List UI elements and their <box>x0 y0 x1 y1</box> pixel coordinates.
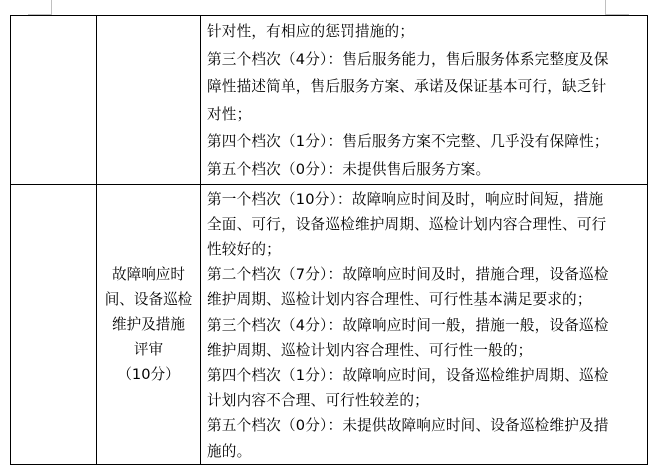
description-line: 全面、可行，设备巡检维护周期、巡检计划内容合理性、可行 <box>207 212 643 237</box>
scoring-description-cell: 针对性，有相应的惩罚措施的； 第三个档次（4分）：售后服务能力，售后服务体系完整… <box>201 16 648 185</box>
description-line: 维护周期、巡检计划内容合理性、可行性基本满足要求的； <box>207 287 643 312</box>
description-line: 第五个档次（0分）：未提供故障响应时间、设备巡检维护及措 <box>207 413 643 438</box>
page-corner-mark-right <box>605 0 629 15</box>
description-line: 第三个档次（4分）：故障响应时间一般，措施一般，设备巡检 <box>207 313 643 338</box>
description-line: 维护周期、巡检计划内容合理性、可行性一般的； <box>207 338 643 363</box>
description-line: 施的。 <box>207 439 643 464</box>
description-line: 第一个档次（10分）：故障响应时间及时，响应时间短，措施 <box>207 187 643 212</box>
criteria-line: 评审 <box>97 337 200 362</box>
description-line: 计划内容不合理、可行性较差的； <box>207 388 643 413</box>
description-line: 针对性，有相应的惩罚措施的； <box>207 18 643 46</box>
description-line: 第四个档次（1分）：售后服务方案不完整、几乎没有保障性； <box>207 128 643 156</box>
scoring-description-cell: 第一个档次（10分）：故障响应时间及时，响应时间短，措施 全面、可行，设备巡检维… <box>201 184 648 464</box>
criteria-line: 间、设备巡检 <box>97 287 200 312</box>
table-row: 故障响应时 间、设备巡检 维护及措施 评审 （10分） 第一个档次（10分）：故… <box>11 184 648 464</box>
table-row: 针对性，有相应的惩罚措施的； 第三个档次（4分）：售后服务能力，售后服务体系完整… <box>11 16 648 185</box>
description-line: 第三个档次（4分）：售后服务能力，售后服务体系完整度及保 <box>207 46 643 74</box>
category-cell <box>11 184 97 464</box>
description-line: 第五个档次（0分）：未提供售后服务方案。 <box>207 156 643 184</box>
description-line: 第二个档次（7分）：故障响应时间及时，措施合理，设备巡检 <box>207 262 643 287</box>
description-line: 障性描述简单，售后服务方案、承诺及保证基本可行，缺乏针 <box>207 73 643 101</box>
description-line: 性较好的； <box>207 237 643 262</box>
criteria-cell: 故障响应时 间、设备巡检 维护及措施 评审 （10分） <box>97 184 201 464</box>
criteria-cell <box>97 16 201 185</box>
category-cell <box>11 16 97 185</box>
scoring-table: 针对性，有相应的惩罚措施的； 第三个档次（4分）：售后服务能力，售后服务体系完整… <box>10 15 648 465</box>
criteria-line: 故障响应时 <box>97 262 200 287</box>
criteria-score: （10分） <box>97 362 200 387</box>
page-corner-mark-left <box>28 0 52 15</box>
criteria-line: 维护及措施 <box>97 312 200 337</box>
description-line: 第四个档次（1分）：故障响应时间，设备巡检维护周期、巡检 <box>207 363 643 388</box>
description-line: 对性； <box>207 101 643 129</box>
